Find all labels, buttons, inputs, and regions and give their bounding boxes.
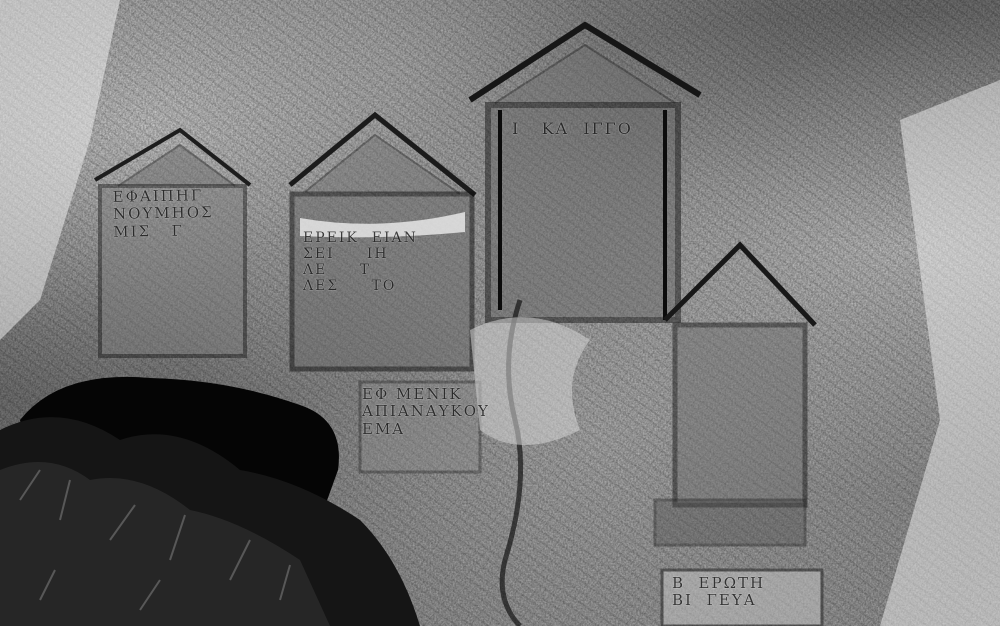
inscription-stele-center: Ι ΚΑ ΙΓΓΟ — [512, 120, 633, 138]
inscription-stele-left: ΕΦΑΙΠΗΓ ΝΟΥΜΗΟΣ ΜΙΣ Γ — [113, 187, 215, 240]
inscription-stele-center-left: ΕΡΕΙΚ ΕΙΑΝ ΣΕΙ ΙΗ ΛΕ Τ ΛΕΣ ΤΟ — [303, 230, 418, 294]
inscription-panel-bottom-right: Β ΕΡΩΤΗ ΒΙ ΓΕΥΑ — [672, 575, 765, 610]
photograph: ΕΦΑΙΠΗΓ ΝΟΥΜΗΟΣ ΜΙΣ Γ ΕΡΕΙΚ ΕΙΑΝ ΣΕΙ ΙΗ … — [0, 0, 1000, 626]
inscription-panel-lower: ΕΦ ΜΕΝΙΚ ΑΠΙΑΝΑΥΚΟΥ ΕΜΑ — [362, 386, 490, 438]
carved-rock-scene — [0, 0, 1000, 626]
